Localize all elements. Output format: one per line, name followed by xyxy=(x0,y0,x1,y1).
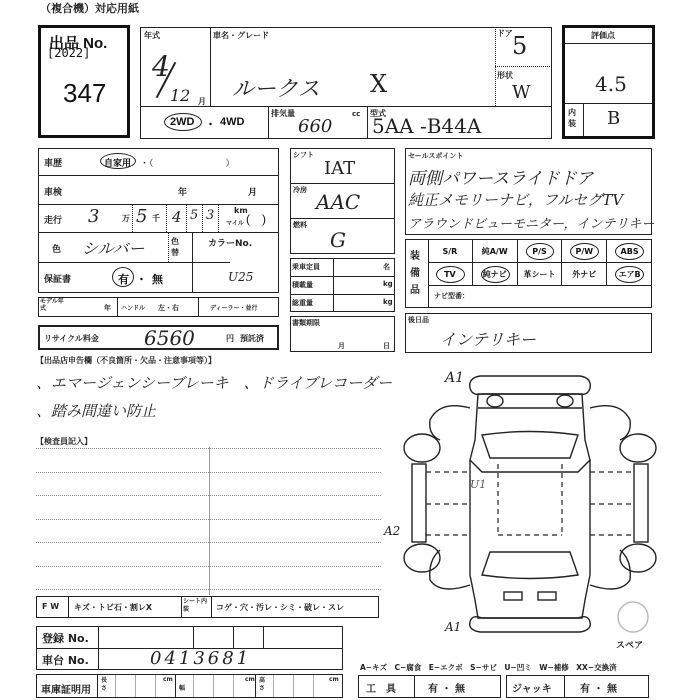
equipment-item: ABS xyxy=(607,240,652,263)
length-label: 長さ xyxy=(101,677,109,693)
displacement-label: 排気量 xyxy=(271,108,295,119)
mark-rear: A1 xyxy=(445,620,461,634)
equipment-item-label: 外ナビ xyxy=(572,269,596,280)
warranty-no: 無 xyxy=(152,271,163,287)
fw-label: F W xyxy=(42,602,59,611)
sales-point-3: アラウンドビューモニター，インテリキー xyxy=(408,213,654,232)
model-year-label: モデル年式 xyxy=(40,298,64,312)
equipment-circled-mark xyxy=(436,266,465,283)
damage-legend: A−キズ C−腐食 E−エクボ S−サビ U−凹ミ W−補修 XX−交換済 xyxy=(360,662,617,673)
equipment-item: P/W xyxy=(562,240,607,263)
height-label: 高さ xyxy=(259,677,267,693)
mileage-tens: 5 xyxy=(190,208,198,223)
equipment-item: P/S xyxy=(518,240,563,263)
recycle-label: リサイクル料金 xyxy=(44,333,99,344)
equipment-circled-mark xyxy=(615,243,644,260)
shift: IAT xyxy=(324,158,355,179)
year-label: 年式 xyxy=(144,30,160,41)
mileage-sen: 5 xyxy=(136,206,147,227)
seller-notes-label: 【出品店申告欄（不良箇所・欠品・注意事項等）】 xyxy=(36,355,216,366)
equipment-item-label: 純A/W xyxy=(482,246,508,257)
jack-options: 有 ・ 無 xyxy=(580,680,617,695)
equipment-block: 装備品 S/R純A/WP/SP/WABSTV純ナビ革シート外ナビエアB ナビ型番… xyxy=(405,239,652,308)
displacement-unit: cc xyxy=(352,110,360,118)
usage-circle xyxy=(100,153,136,169)
equipment-circled-mark xyxy=(526,243,555,260)
equipment-circled-mark xyxy=(615,266,644,283)
month-unit: 月 xyxy=(198,96,206,107)
sales-point-1: 両側パワースライドドア xyxy=(408,164,593,189)
seller-note-2: 、踏み間違い防止 xyxy=(36,400,156,421)
sales-point-2: 純正メモリーナビ，フルセグTV xyxy=(408,189,623,210)
shape: W xyxy=(512,82,531,103)
equipment-item: 革シート xyxy=(518,263,563,286)
fw-options: キズ・トビ石・割レX xyxy=(74,602,152,613)
mark-left: A2 xyxy=(384,524,400,538)
grade-box: 評価点 4.5 内装 B xyxy=(562,25,655,139)
equipment-grid: S/R純A/WP/SP/WABSTV純ナビ革シート外ナビエアB xyxy=(428,240,652,286)
grade: X xyxy=(370,70,387,98)
usage-label: 車歴 xyxy=(44,156,62,169)
garage-row: 車庫証明用 長さ cm 幅 cm 高さ cm xyxy=(36,674,343,698)
warranty-circle xyxy=(112,267,134,287)
ac: AAC xyxy=(316,190,360,214)
inspector-label: 【検査員記入】 xyxy=(36,436,92,447)
equipment-item: S/R xyxy=(428,240,473,263)
equipment-item-label: S/R xyxy=(442,247,457,256)
form-title: （複合機）対応用紙 xyxy=(40,0,139,16)
equipment-label: 装備品 xyxy=(410,248,420,299)
shape-label: 形状 xyxy=(497,70,513,81)
equipment-item: 外ナビ xyxy=(562,263,607,286)
equipment-item: 純ナビ xyxy=(473,263,518,286)
year-tag: [2022] xyxy=(47,46,90,60)
mileage-man-unit: 万 xyxy=(122,213,130,224)
car-name: ルークス xyxy=(232,72,320,103)
load-unit: kg xyxy=(383,280,393,288)
drive-sep: ・ xyxy=(205,116,216,132)
doc-month-unit: 月 xyxy=(338,341,345,351)
mark-front: A1 xyxy=(445,370,464,386)
doc-day-unit: 日 xyxy=(383,341,390,351)
warranty-label: 保証書 xyxy=(44,272,71,285)
inspection-label: 車検 xyxy=(44,185,62,198)
recycle-fee: 6560 xyxy=(144,326,195,350)
door-label: ドア xyxy=(497,28,513,39)
seat-label: シート内装 xyxy=(183,598,209,614)
tools-label: 工 具 xyxy=(366,680,396,695)
spare-label: スペア xyxy=(616,638,643,651)
drive-4wd: 4WD xyxy=(220,116,244,128)
name-grade-label: 車名・グレード xyxy=(213,30,269,41)
mark-side: U1 xyxy=(470,478,486,491)
score-label: 評価点 xyxy=(591,30,615,41)
garage-label: 車庫証明用 xyxy=(41,681,91,696)
mileage-unit-mile: マイル xyxy=(226,218,244,227)
recycle-unit: 円 xyxy=(226,333,234,344)
later-items-value: インテリキー xyxy=(440,327,536,350)
chassis-no: 0413681 xyxy=(150,648,251,669)
gross-unit: kg xyxy=(383,298,393,306)
handle-options: 左・右 xyxy=(158,303,179,313)
displacement: 660 xyxy=(298,116,332,137)
car-diagram xyxy=(400,360,660,640)
width-cm: cm xyxy=(245,676,255,683)
handle-label: ハンドル xyxy=(121,303,145,312)
mileage-man: 3 xyxy=(88,206,99,227)
equipment-circled-mark xyxy=(570,243,599,260)
nav-model-label: ナビ型番： xyxy=(434,291,469,301)
sales-points-label: セールスポイント xyxy=(408,151,463,161)
seller-note-1: 、エマージェンシーブレーキ 、ドライブレコーダー xyxy=(36,372,392,393)
lot-number-box: 出品 No. [2022] 347 xyxy=(38,25,130,138)
warranty-sep: ・ xyxy=(136,271,147,287)
gross-label: 総重量 xyxy=(292,298,313,308)
width-label: 幅 xyxy=(179,683,185,692)
mileage-hundreds: 4 xyxy=(172,208,182,226)
jack-label: ジャッキ xyxy=(512,680,552,695)
doors: 5 xyxy=(512,32,527,60)
capacity-unit: 名 xyxy=(383,262,390,272)
later-items-label: 後日品 xyxy=(408,315,429,325)
ac-label: 冷房 xyxy=(293,185,307,195)
color-label: 色 xyxy=(52,242,61,255)
seat-options: コゲ・穴・汚レ・シミ・破レ・スレ xyxy=(216,602,344,613)
interior-label: 内装 xyxy=(568,107,578,129)
usage-other: ・（ ） xyxy=(140,156,235,169)
mileage-sen-unit: 千 xyxy=(152,213,160,224)
chassis-label: 車台 No. xyxy=(42,652,89,668)
fuel-label: 燃料 xyxy=(293,220,307,230)
equipment-circled-mark xyxy=(481,266,510,283)
interior: B xyxy=(607,108,620,129)
fuel: G xyxy=(330,228,346,252)
equipment-item-label: 革シート xyxy=(523,269,555,280)
month-value: 12 xyxy=(170,86,190,105)
equipment-item: エアB xyxy=(607,263,652,286)
dealer-label: ディーラー・並行 xyxy=(210,303,258,312)
color-value: シルバー xyxy=(82,236,144,259)
load-label: 積載量 xyxy=(292,280,313,290)
equipment-item: 純A/W xyxy=(473,240,518,263)
color-no: U25 xyxy=(228,270,253,284)
lot-number: 347 xyxy=(63,78,106,109)
mileage-label: 走行 xyxy=(44,213,62,226)
capacity-label: 乗車定員 xyxy=(292,262,320,272)
height-cm: cm xyxy=(329,676,339,683)
mileage-ones: 3 xyxy=(206,208,214,223)
tools-options: 有 ・ 無 xyxy=(428,680,465,695)
recycle-status: 預託済 xyxy=(240,333,264,344)
length-cm: cm xyxy=(163,676,173,683)
inspection-year-unit: 年 xyxy=(178,185,187,198)
equipment-item: TV xyxy=(428,263,473,286)
score: 4.5 xyxy=(595,72,627,96)
inspection-month-unit: 月 xyxy=(248,185,257,198)
reg-no-label: 登録 No. xyxy=(42,630,89,646)
color-no-label: カラーNo. xyxy=(208,236,252,249)
doc-deadline-label: 書類期限 xyxy=(292,318,320,328)
color-change-label: 色替 xyxy=(171,236,183,258)
model-code: 5AA -B44A xyxy=(372,114,481,138)
shift-label: シフト xyxy=(293,150,314,160)
mileage-paren: ( ) xyxy=(246,210,266,227)
model-year-unit: 年 xyxy=(104,303,111,313)
drive-circle xyxy=(164,113,202,131)
